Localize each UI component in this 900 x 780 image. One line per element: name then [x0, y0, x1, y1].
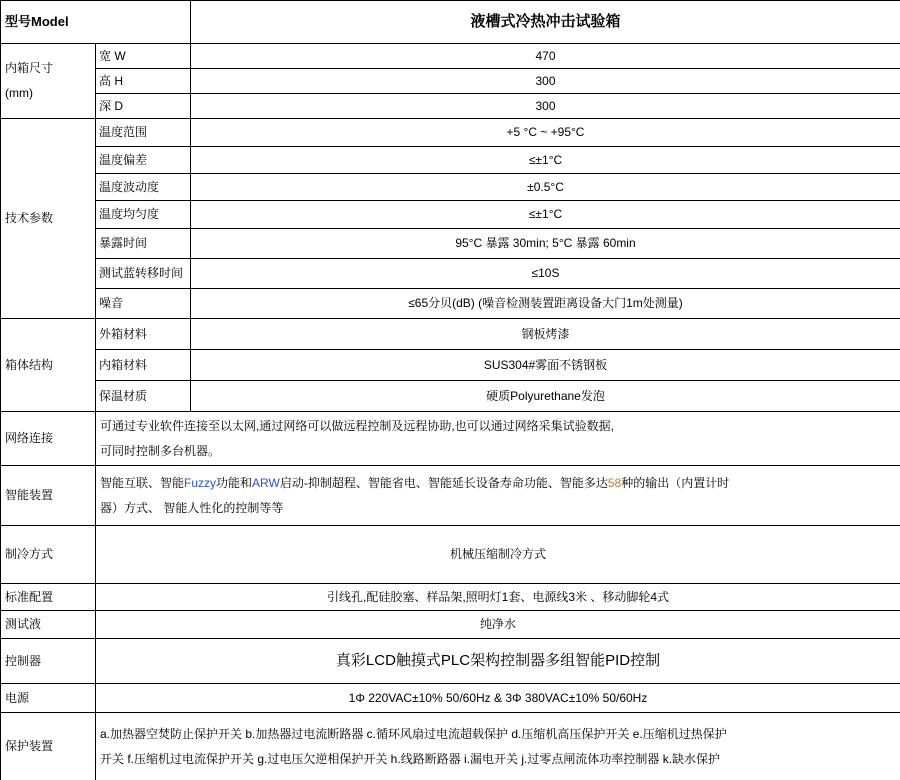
power-row: 电源 1Φ 220VAC±10% 50/60Hz & 3Φ 380VAC±10%…: [1, 684, 900, 713]
smart-value: 智能互联、智能Fuzzy功能和ARW启动-抑制超程、智能省电、智能延长设备寿命功…: [96, 466, 900, 526]
insulation-value: 硬质Polyurethane发泡: [191, 381, 900, 412]
tech-row: 温度波动度 ±0.5°C: [1, 174, 900, 201]
inner-material-value: SUS304#雾面不锈钢板: [191, 350, 900, 381]
protection-value: a.加热器空焚防止保护开关 b.加热器过电流断路器 c.循环风扇过电流超载保护 …: [96, 713, 900, 780]
temp-fluctuation-label: 温度波动度: [96, 174, 191, 201]
power-label: 电源: [1, 684, 96, 713]
controller-label: 控制器: [1, 639, 96, 684]
exposure-time-value: 95°C 暴露 30min; 5°C 暴露 60min: [191, 229, 900, 259]
tech-row: 温度均匀度 ≤±1°C: [1, 201, 900, 229]
tech-row: 温度偏差 ≤±1°C: [1, 147, 900, 174]
network-value: 可通过专业软件连接至以太网,通过网络可以做远程控制及远程协助,也可以通过网络采集…: [96, 412, 900, 466]
standard-label: 标准配置: [1, 584, 96, 611]
transfer-time-value: ≤10S: [191, 259, 900, 289]
width-label: 宽 W: [96, 44, 191, 69]
inner-material-label: 内箱材料: [96, 350, 191, 381]
tech-row: 测试蓝转移时间 ≤10S: [1, 259, 900, 289]
cabinet-row: 内箱材料 SUS304#雾面不锈钢板: [1, 350, 900, 381]
inner-size-row: 深 D 300: [1, 94, 900, 119]
temp-deviation-value: ≤±1°C: [191, 147, 900, 174]
height-value: 300: [191, 69, 900, 94]
power-value: 1Φ 220VAC±10% 50/60Hz & 3Φ 380VAC±10% 50…: [96, 684, 900, 713]
noise-label: 噪音: [96, 289, 191, 319]
temp-fluctuation-value: ±0.5°C: [191, 174, 900, 201]
model-label: 型号Model: [1, 1, 191, 44]
transfer-time-label: 测试蓝转移时间: [96, 259, 191, 289]
tech-row: 噪音 ≤65分贝(dB) (噪音检测装置距离设备大门1m处测量): [1, 289, 900, 319]
noise-value: ≤65分贝(dB) (噪音检测装置距离设备大门1m处测量): [191, 289, 900, 319]
cooling-row: 制冷方式 机械压缩制冷方式: [1, 526, 900, 584]
tech-row: 暴露时间 95°C 暴露 30min; 5°C 暴露 60min: [1, 229, 900, 259]
cabinet-row: 箱体结构 外箱材料 钢板烤漆: [1, 319, 900, 350]
width-value: 470: [191, 44, 900, 69]
cooling-value: 机械压缩制冷方式: [96, 526, 900, 584]
smart-row: 智能装置 智能互联、智能Fuzzy功能和ARW启动-抑制超程、智能省电、智能延长…: [1, 466, 900, 526]
tech-row: 技术参数 温度范围 +5 °C ~ +95°C: [1, 119, 900, 147]
inner-size-row: 内箱尺寸 (mm) 宽 W 470: [1, 44, 900, 69]
test-liquid-row: 测试液 纯净水: [1, 611, 900, 639]
controller-value: 真彩LCD触摸式PLC架构控制器多组智能PID控制: [96, 639, 900, 684]
insulation-label: 保温材质: [96, 381, 191, 412]
cabinet-section-label: 箱体结构: [1, 319, 96, 412]
page-title: 液槽式冷热冲击试验箱: [191, 1, 900, 44]
temp-deviation-label: 温度偏差: [96, 147, 191, 174]
temp-uniformity-label: 温度均匀度: [96, 201, 191, 229]
network-label: 网络连接: [1, 412, 96, 466]
tech-section-label: 技术参数: [1, 119, 96, 319]
smart-label: 智能装置: [1, 466, 96, 526]
exposure-time-label: 暴露时间: [96, 229, 191, 259]
cooling-label: 制冷方式: [1, 526, 96, 584]
temp-range-value: +5 °C ~ +95°C: [191, 119, 900, 147]
height-label: 高 H: [96, 69, 191, 94]
network-row: 网络连接 可通过专业软件连接至以太网,通过网络可以做远程控制及远程协助,也可以通…: [1, 412, 900, 466]
temp-uniformity-value: ≤±1°C: [191, 201, 900, 229]
standard-value: 引线孔,配硅胶塞、样品架,照明灯1套、电源线3米 、移动脚轮4式: [96, 584, 900, 611]
outer-material-value: 钢板烤漆: [191, 319, 900, 350]
cabinet-row: 保温材质 硬质Polyurethane发泡: [1, 381, 900, 412]
outer-material-label: 外箱材料: [96, 319, 191, 350]
spec-table: 型号Model 液槽式冷热冲击试验箱 内箱尺寸 (mm) 宽 W 470 高 H…: [0, 0, 900, 780]
model-row: 型号Model 液槽式冷热冲击试验箱: [1, 1, 900, 44]
standard-row: 标准配置 引线孔,配硅胶塞、样品架,照明灯1套、电源线3米 、移动脚轮4式: [1, 584, 900, 611]
page: 型号Model 液槽式冷热冲击试验箱 内箱尺寸 (mm) 宽 W 470 高 H…: [0, 0, 900, 780]
inner-size-label: 内箱尺寸 (mm): [1, 44, 96, 119]
temp-range-label: 温度范围: [96, 119, 191, 147]
test-liquid-label: 测试液: [1, 611, 96, 639]
controller-row: 控制器 真彩LCD触摸式PLC架构控制器多组智能PID控制: [1, 639, 900, 684]
inner-size-row: 高 H 300: [1, 69, 900, 94]
test-liquid-value: 纯净水: [96, 611, 900, 639]
protection-label: 保护装置: [1, 713, 96, 780]
depth-value: 300: [191, 94, 900, 119]
protection-row: 保护装置 a.加热器空焚防止保护开关 b.加热器过电流断路器 c.循环风扇过电流…: [1, 713, 900, 780]
depth-label: 深 D: [96, 94, 191, 119]
